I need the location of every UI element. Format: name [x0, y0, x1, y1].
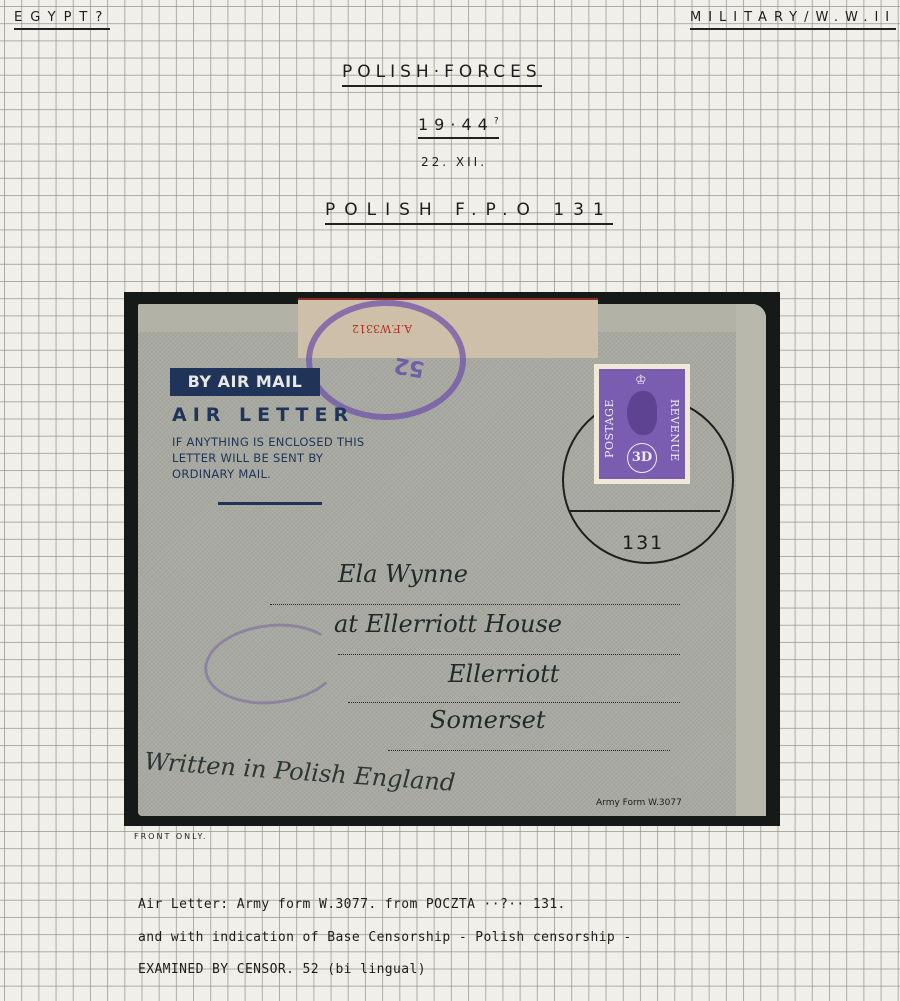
address-line: Somerset — [430, 706, 546, 734]
description-line: Air Letter: Army form W.3077. from POCZT… — [138, 897, 566, 912]
air-letter-title: AIR LETTER — [172, 404, 354, 426]
front-only-note: FRONT ONLY. — [134, 832, 207, 841]
censor-handstamp — [306, 300, 466, 420]
address-dotted-line — [270, 604, 680, 605]
stamp-postage-text: POSTAGE — [603, 399, 616, 458]
censor-number: 52 — [392, 352, 427, 382]
note-divider — [218, 502, 322, 505]
description-line: EXAMINED BY CENSOR. 52 (bi lingual) — [138, 962, 426, 977]
cover-right-flap — [736, 304, 766, 816]
cover-mount: A.F.W3312 52 BY AIR MAIL AIR LETTER IF A… — [124, 292, 780, 826]
stamp-value: 3D — [627, 443, 657, 473]
year-query: ? — [494, 117, 499, 127]
address-dotted-line — [348, 702, 680, 703]
violet-oval-mark — [200, 617, 344, 711]
crown-icon: ♔ — [635, 373, 647, 388]
page-title: POLISH·FORCES — [342, 62, 542, 87]
date-label: 22. XII. — [421, 155, 487, 169]
postmark-number: 131 — [622, 532, 664, 554]
address-dotted-line — [388, 750, 670, 751]
description-line: and with indication of Base Censorship -… — [138, 930, 632, 945]
postage-stamp: ♔ POSTAGE REVENUE 3D — [594, 364, 690, 484]
army-form-number: Army Form W.3077 — [596, 798, 682, 808]
country-heading: EGYPT? — [14, 10, 110, 30]
by-air-mail-label: BY AIR MAIL — [170, 368, 320, 396]
category-heading: MILITARY/W.W.II — [690, 10, 896, 30]
year-label: 19·44? — [418, 115, 499, 139]
air-letter-cover: A.F.W3312 52 BY AIR MAIL AIR LETTER IF A… — [138, 304, 766, 816]
address-dotted-line — [338, 654, 680, 655]
address-line: Ela Wynne — [338, 560, 468, 588]
king-portrait-icon — [627, 391, 657, 435]
address-line: Ellerriott — [448, 660, 559, 688]
postmark-bar — [570, 510, 720, 512]
enclosure-note: IF ANYTHING IS ENCLOSED THIS LETTER WILL… — [172, 434, 382, 482]
stamp-revenue-text: REVENUE — [668, 399, 681, 462]
address-line: at Ellerriott House — [334, 610, 562, 638]
post-office-heading: POLISH F.P.O 131 — [325, 200, 613, 225]
year-value: 19·44 — [418, 115, 494, 134]
stamp-design: ♔ POSTAGE REVENUE 3D — [599, 369, 685, 479]
pencil-annotation: Written in Polish England — [143, 747, 456, 797]
